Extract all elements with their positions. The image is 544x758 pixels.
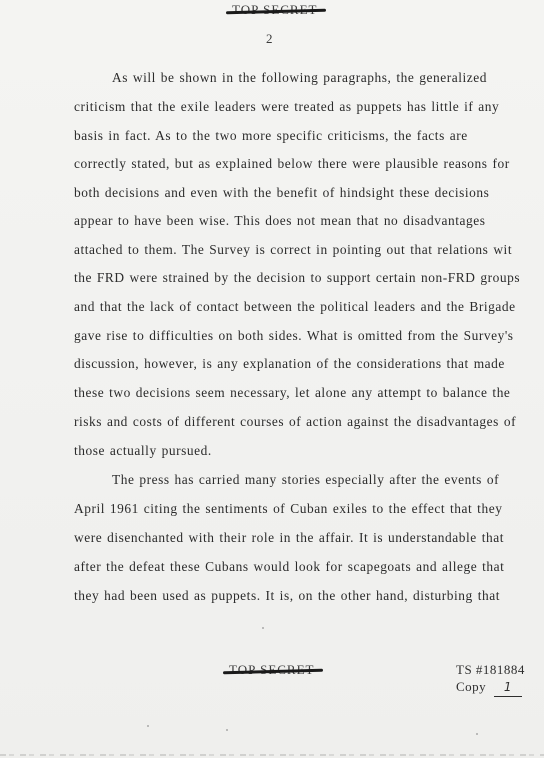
paragraph-1-line: basis in fact. As to the two more specif…: [74, 128, 468, 144]
paragraph-2-line: were disenchanted with their role in the…: [74, 530, 504, 546]
scan-speck: [147, 725, 149, 727]
paragraph-2-line: April 1961 citing the sentiments of Cuba…: [74, 501, 502, 517]
paragraph-1-line: and that the lack of contact between the…: [74, 299, 516, 315]
paragraph-1-line: discussion, however, is any explanation …: [74, 356, 505, 372]
copy-row: Copy 1: [456, 678, 525, 697]
document-control-block: TS #181884 Copy 1: [456, 661, 525, 697]
paragraph-1-line: As will be shown in the following paragr…: [112, 70, 487, 86]
paragraph-1-line: attached to them. The Survey is correct …: [74, 242, 512, 258]
copy-label: Copy: [456, 679, 486, 694]
paragraph-1-line: risks and costs of different courses of …: [74, 414, 516, 430]
page-number: 2: [266, 31, 273, 47]
control-number: TS #181884: [456, 661, 525, 678]
copy-number: 1: [494, 679, 522, 697]
paragraph-1-line: correctly stated, but as explained below…: [74, 156, 510, 172]
paragraph-1-line: criticism that the exile leaders were tr…: [74, 99, 499, 115]
scan-speck: [226, 729, 228, 731]
paragraph-1-line: those actually pursued.: [74, 443, 212, 459]
paragraph-1-line: these two decisions seem necessary, let …: [74, 385, 510, 401]
header-classification-marking: TOP SECRET: [232, 2, 318, 18]
footer-classification-marking: TOP SECRET: [229, 662, 315, 678]
document-page: TOP SECRET 2 As will be shown in the fol…: [0, 0, 544, 758]
paragraph-1-line: gave rise to difficulties on both sides.…: [74, 328, 514, 344]
paragraph-2-line: they had been used as puppets. It is, on…: [74, 588, 500, 604]
scan-speck: [262, 627, 264, 629]
scan-speck: [476, 733, 478, 735]
paragraph-1-line: the FRD were strained by the decision to…: [74, 270, 520, 286]
paragraph-1-line: appear to have been wise. This does not …: [74, 213, 485, 229]
paragraph-2-line: The press has carried many stories espec…: [112, 472, 499, 488]
paragraph-2-line: after the defeat these Cubans would look…: [74, 559, 504, 575]
paragraph-1-line: both decisions and even with the benefit…: [74, 185, 489, 201]
scan-edge-artifact: [0, 754, 544, 756]
